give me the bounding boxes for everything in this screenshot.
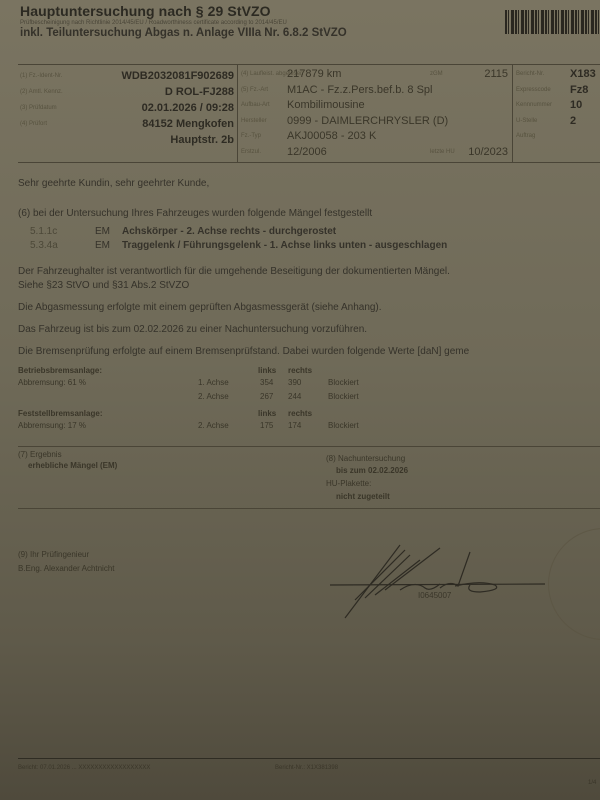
- vehicle-field-label: (2) Amtl. Kennz.: [20, 89, 63, 95]
- result-label: (7) Ergebnis: [18, 450, 62, 459]
- paragraph: Der Fahrzeughalter ist verantwortlich fü…: [18, 266, 450, 277]
- plate-label: HU-Plakette:: [326, 479, 371, 488]
- vehicle-field-value: Fz8: [570, 84, 588, 96]
- vehicle-field-value: AKJ00058 - 203 K: [287, 130, 376, 142]
- defect-category: EM: [95, 226, 110, 237]
- vehicle-field-label: Erstzul.: [241, 149, 261, 155]
- footer-left: Bericht: 07.01.2026 ... XXXXXXXXXXXXXXXX…: [18, 765, 150, 771]
- result-value: erhebliche Mängel (EM): [28, 461, 117, 470]
- vehicle-field-label: Expresscode: [516, 87, 551, 93]
- brake-left-value: 267: [260, 392, 273, 401]
- reinspection-date: bis zum 02.02.2026: [336, 466, 408, 475]
- vehicle-field-label: (4) Prüfort: [20, 121, 47, 127]
- paragraph: Siehe §23 StVO und §31 Abs.2 StVZO: [18, 280, 189, 291]
- brake-axle: 2. Achse: [198, 421, 229, 430]
- brake-section-title: Feststellbremsanlage:: [18, 409, 102, 418]
- vehicle-field-value: WDB2032081F902689: [121, 70, 234, 82]
- vehicle-field-label: (3) Prüfdatum: [20, 105, 57, 111]
- vehicle-field-label: letzte HU: [430, 149, 455, 155]
- paragraph: Die Abgasmessung erfolgte mit einem gepr…: [18, 302, 382, 313]
- vehicle-field-label: Fz.-Typ: [241, 133, 261, 139]
- divider: [512, 64, 513, 162]
- vehicle-field-value: 12/2006: [287, 146, 327, 158]
- paragraph: Das Fahrzeug ist bis zum 02.02.2026 zu e…: [18, 324, 367, 335]
- document-subtitle: Prüfbescheinigung nach Richtlinie 2014/4…: [20, 20, 287, 26]
- vehicle-field-label: (1) Fz.-Ident-Nr.: [20, 73, 62, 79]
- defect-text: Traggelenk / Führungsgelenk - 1. Achse l…: [122, 240, 447, 251]
- defect-text: Achskörper - 2. Achse rechts - durchgero…: [122, 226, 336, 237]
- vehicle-field-label: Auftrag: [516, 133, 535, 139]
- defect-category: EM: [95, 240, 110, 251]
- defect-code: 5.1.1c: [30, 226, 57, 237]
- brake-axle: 1. Achse: [198, 378, 229, 387]
- divider: [237, 64, 238, 162]
- brake-head-left: links: [258, 366, 276, 375]
- brake-right-value: 390: [288, 378, 301, 387]
- divider: [18, 162, 600, 163]
- brake-rate: Abbremsung: 17 %: [18, 421, 86, 430]
- vehicle-field-value: 10/2023: [468, 146, 508, 158]
- vehicle-field-label: U-Stelle: [516, 118, 537, 124]
- brake-status: Blockiert: [328, 392, 359, 401]
- brake-axle: 2. Achse: [198, 392, 229, 401]
- vehicle-field-value: Hauptstr. 2b: [170, 134, 234, 146]
- vehicle-field-label: Kennnummer: [516, 102, 552, 108]
- signature-icon: [330, 540, 560, 620]
- brake-status: Blockiert: [328, 378, 359, 387]
- greeting: Sehr geehrte Kundin, sehr geehrter Kunde…: [18, 178, 209, 189]
- paragraph: Die Bremsenprüfung erfolgte auf einem Br…: [18, 346, 469, 357]
- vehicle-field-label: Bericht-Nr.: [516, 71, 544, 77]
- brake-left-value: 175: [260, 421, 273, 430]
- brake-left-value: 354: [260, 378, 273, 387]
- vehicle-field-value: 217879 km: [287, 68, 341, 80]
- vehicle-field-value: 10: [570, 99, 582, 111]
- divider: [18, 508, 600, 509]
- vehicle-field-value: 0999 - DAIMLERCHRYSLER (D): [287, 115, 448, 127]
- defects-intro: (6) bei der Untersuchung Ihres Fahrzeuge…: [18, 208, 372, 219]
- brake-head-right: rechts: [288, 366, 312, 375]
- brake-section-title: Betriebsbremsanlage:: [18, 366, 102, 375]
- defect-code: 5.3.4a: [30, 240, 58, 251]
- document-subtitle-2: inkl. Teiluntersuchung Abgas n. Anlage V…: [20, 27, 347, 39]
- vehicle-field-value: 84152 Mengkofen: [142, 118, 234, 130]
- brake-status: Blockiert: [328, 421, 359, 430]
- divider: [18, 758, 600, 759]
- inspector-id: I0645007: [418, 591, 451, 600]
- brake-rate: Abbremsung: 61 %: [18, 378, 86, 387]
- barcode-icon: [505, 10, 600, 34]
- brake-head-right: rechts: [288, 409, 312, 418]
- vehicle-field-value: D ROL-FJ288: [165, 86, 234, 98]
- inspector-name: B.Eng. Alexander Achtnicht: [18, 564, 115, 573]
- vehicle-field-value: M1AC - Fz.z.Pers.bef.b. 8 Spl: [287, 84, 433, 96]
- vehicle-field-value: 2: [570, 115, 576, 127]
- vehicle-field-label: (5) Fz.-Art: [241, 87, 268, 93]
- footer-page: 1/4: [588, 780, 596, 786]
- vehicle-field-value: Kombilimousine: [287, 99, 365, 111]
- plate-value: nicht zugeteilt: [336, 492, 390, 501]
- reinspection-label: (8) Nachuntersuchung: [326, 454, 405, 463]
- document-title: Hauptuntersuchung nach § 29 StVZO: [20, 3, 271, 19]
- vehicle-field-label: zGM: [430, 71, 443, 77]
- brake-head-left: links: [258, 409, 276, 418]
- brake-right-value: 244: [288, 392, 301, 401]
- inspector-label: (9) Ihr Prüfingenieur: [18, 550, 89, 559]
- vehicle-field-label: Hersteller: [241, 118, 267, 124]
- brake-right-value: 174: [288, 421, 301, 430]
- footer-report-number: Bericht-Nr.: X1X381398: [275, 765, 338, 771]
- vehicle-field-value: X183: [570, 68, 596, 80]
- divider: [18, 446, 600, 447]
- vehicle-field-label: Aufbau-Art: [241, 102, 270, 108]
- vehicle-field-value: 2115: [484, 68, 508, 80]
- vehicle-field-value: 02.01.2026 / 09:28: [142, 102, 234, 114]
